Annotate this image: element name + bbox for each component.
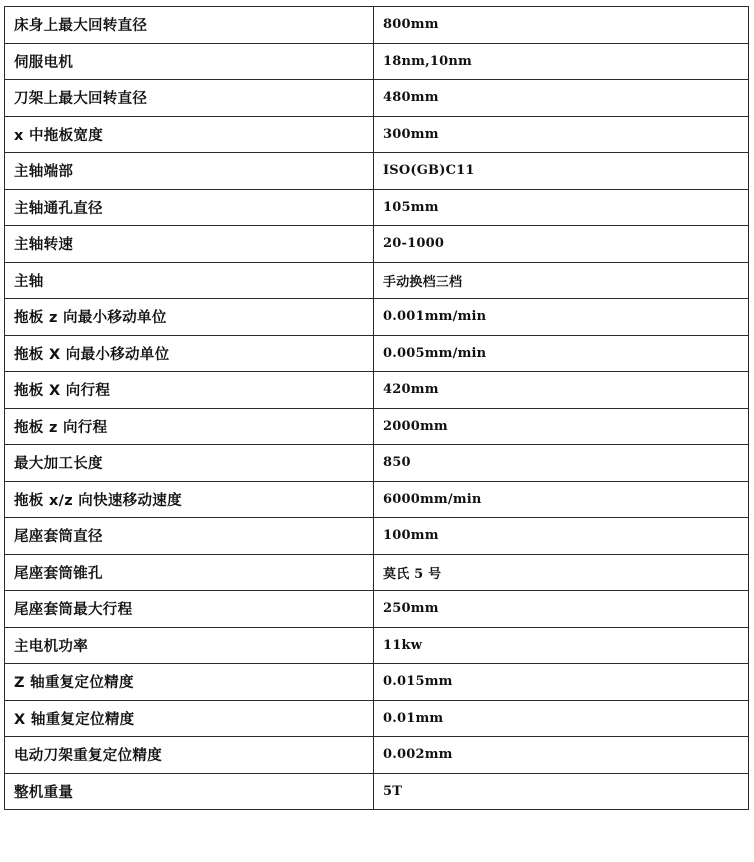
param-name: 整机重量 <box>5 773 374 810</box>
table-row: 伺服电机 18nm,10nm <box>5 43 749 80</box>
param-value: 300mm <box>374 116 749 153</box>
param-name: 最大加工长度 <box>5 445 374 482</box>
param-name: 拖板 z 向行程 <box>5 408 374 445</box>
param-value: 0.005mm/min <box>374 335 749 372</box>
table-row: 床身上最大回转直径 800mm <box>5 7 749 44</box>
table-row: 主轴通孔直径 105mm <box>5 189 749 226</box>
param-value: ISO(GB)C11 <box>374 153 749 190</box>
param-name: 主轴 <box>5 262 374 299</box>
param-name: 主轴通孔直径 <box>5 189 374 226</box>
table-row: 整机重量 5T <box>5 773 749 810</box>
param-value: 420mm <box>374 372 749 409</box>
table-row: 尾座套筒锥孔 莫氏 5 号 <box>5 554 749 591</box>
table-row: 主电机功率 11kw <box>5 627 749 664</box>
param-name: 主轴端部 <box>5 153 374 190</box>
param-value: 6000mm/min <box>374 481 749 518</box>
param-value: 480mm <box>374 80 749 117</box>
table-row: 拖板 X 向行程 420mm <box>5 372 749 409</box>
table-row: Z 轴重复定位精度 0.015mm <box>5 664 749 701</box>
table-row: 主轴 手动换档三档 <box>5 262 749 299</box>
table-row: 尾座套筒最大行程 250mm <box>5 591 749 628</box>
param-value: 0.015mm <box>374 664 749 701</box>
param-value: 850 <box>374 445 749 482</box>
param-name: 伺服电机 <box>5 43 374 80</box>
param-value: 0.002mm <box>374 737 749 774</box>
param-name: 尾座套筒直径 <box>5 518 374 555</box>
spec-table: 床身上最大回转直径 800mm 伺服电机 18nm,10nm 刀架上最大回转直径… <box>4 6 749 810</box>
param-name: 拖板 x/z 向快速移动速度 <box>5 481 374 518</box>
param-value: 0.01mm <box>374 700 749 737</box>
param-name: X 轴重复定位精度 <box>5 700 374 737</box>
table-row: X 轴重复定位精度 0.01mm <box>5 700 749 737</box>
param-name: 主电机功率 <box>5 627 374 664</box>
param-name: 电动刀架重复定位精度 <box>5 737 374 774</box>
param-value: 5T <box>374 773 749 810</box>
spec-table-body: 床身上最大回转直径 800mm 伺服电机 18nm,10nm 刀架上最大回转直径… <box>5 7 749 810</box>
param-value: 0.001mm/min <box>374 299 749 336</box>
table-row: 主轴端部 ISO(GB)C11 <box>5 153 749 190</box>
param-value: 800mm <box>374 7 749 44</box>
param-name: 主轴转速 <box>5 226 374 263</box>
param-name: 尾座套筒最大行程 <box>5 591 374 628</box>
table-row: 刀架上最大回转直径 480mm <box>5 80 749 117</box>
param-value: 2000mm <box>374 408 749 445</box>
param-name: 刀架上最大回转直径 <box>5 80 374 117</box>
param-value: 18nm,10nm <box>374 43 749 80</box>
param-name: 床身上最大回转直径 <box>5 7 374 44</box>
table-row: 拖板 z 向行程 2000mm <box>5 408 749 445</box>
param-value: 莫氏 5 号 <box>374 554 749 591</box>
table-row: 主轴转速 20-1000 <box>5 226 749 263</box>
param-value: 手动换档三档 <box>374 262 749 299</box>
param-name: 尾座套筒锥孔 <box>5 554 374 591</box>
param-name: 拖板 z 向最小移动单位 <box>5 299 374 336</box>
param-name: Z 轴重复定位精度 <box>5 664 374 701</box>
param-name: x 中拖板宽度 <box>5 116 374 153</box>
table-row: 拖板 x/z 向快速移动速度 6000mm/min <box>5 481 749 518</box>
table-row: 尾座套筒直径 100mm <box>5 518 749 555</box>
table-row: 拖板 z 向最小移动单位 0.001mm/min <box>5 299 749 336</box>
param-name: 拖板 X 向最小移动单位 <box>5 335 374 372</box>
param-value: 100mm <box>374 518 749 555</box>
param-name: 拖板 X 向行程 <box>5 372 374 409</box>
table-row: 最大加工长度 850 <box>5 445 749 482</box>
table-row: 拖板 X 向最小移动单位 0.005mm/min <box>5 335 749 372</box>
table-row: 电动刀架重复定位精度 0.002mm <box>5 737 749 774</box>
param-value: 11kw <box>374 627 749 664</box>
param-value: 20-1000 <box>374 226 749 263</box>
table-row: x 中拖板宽度 300mm <box>5 116 749 153</box>
param-value: 250mm <box>374 591 749 628</box>
param-value: 105mm <box>374 189 749 226</box>
